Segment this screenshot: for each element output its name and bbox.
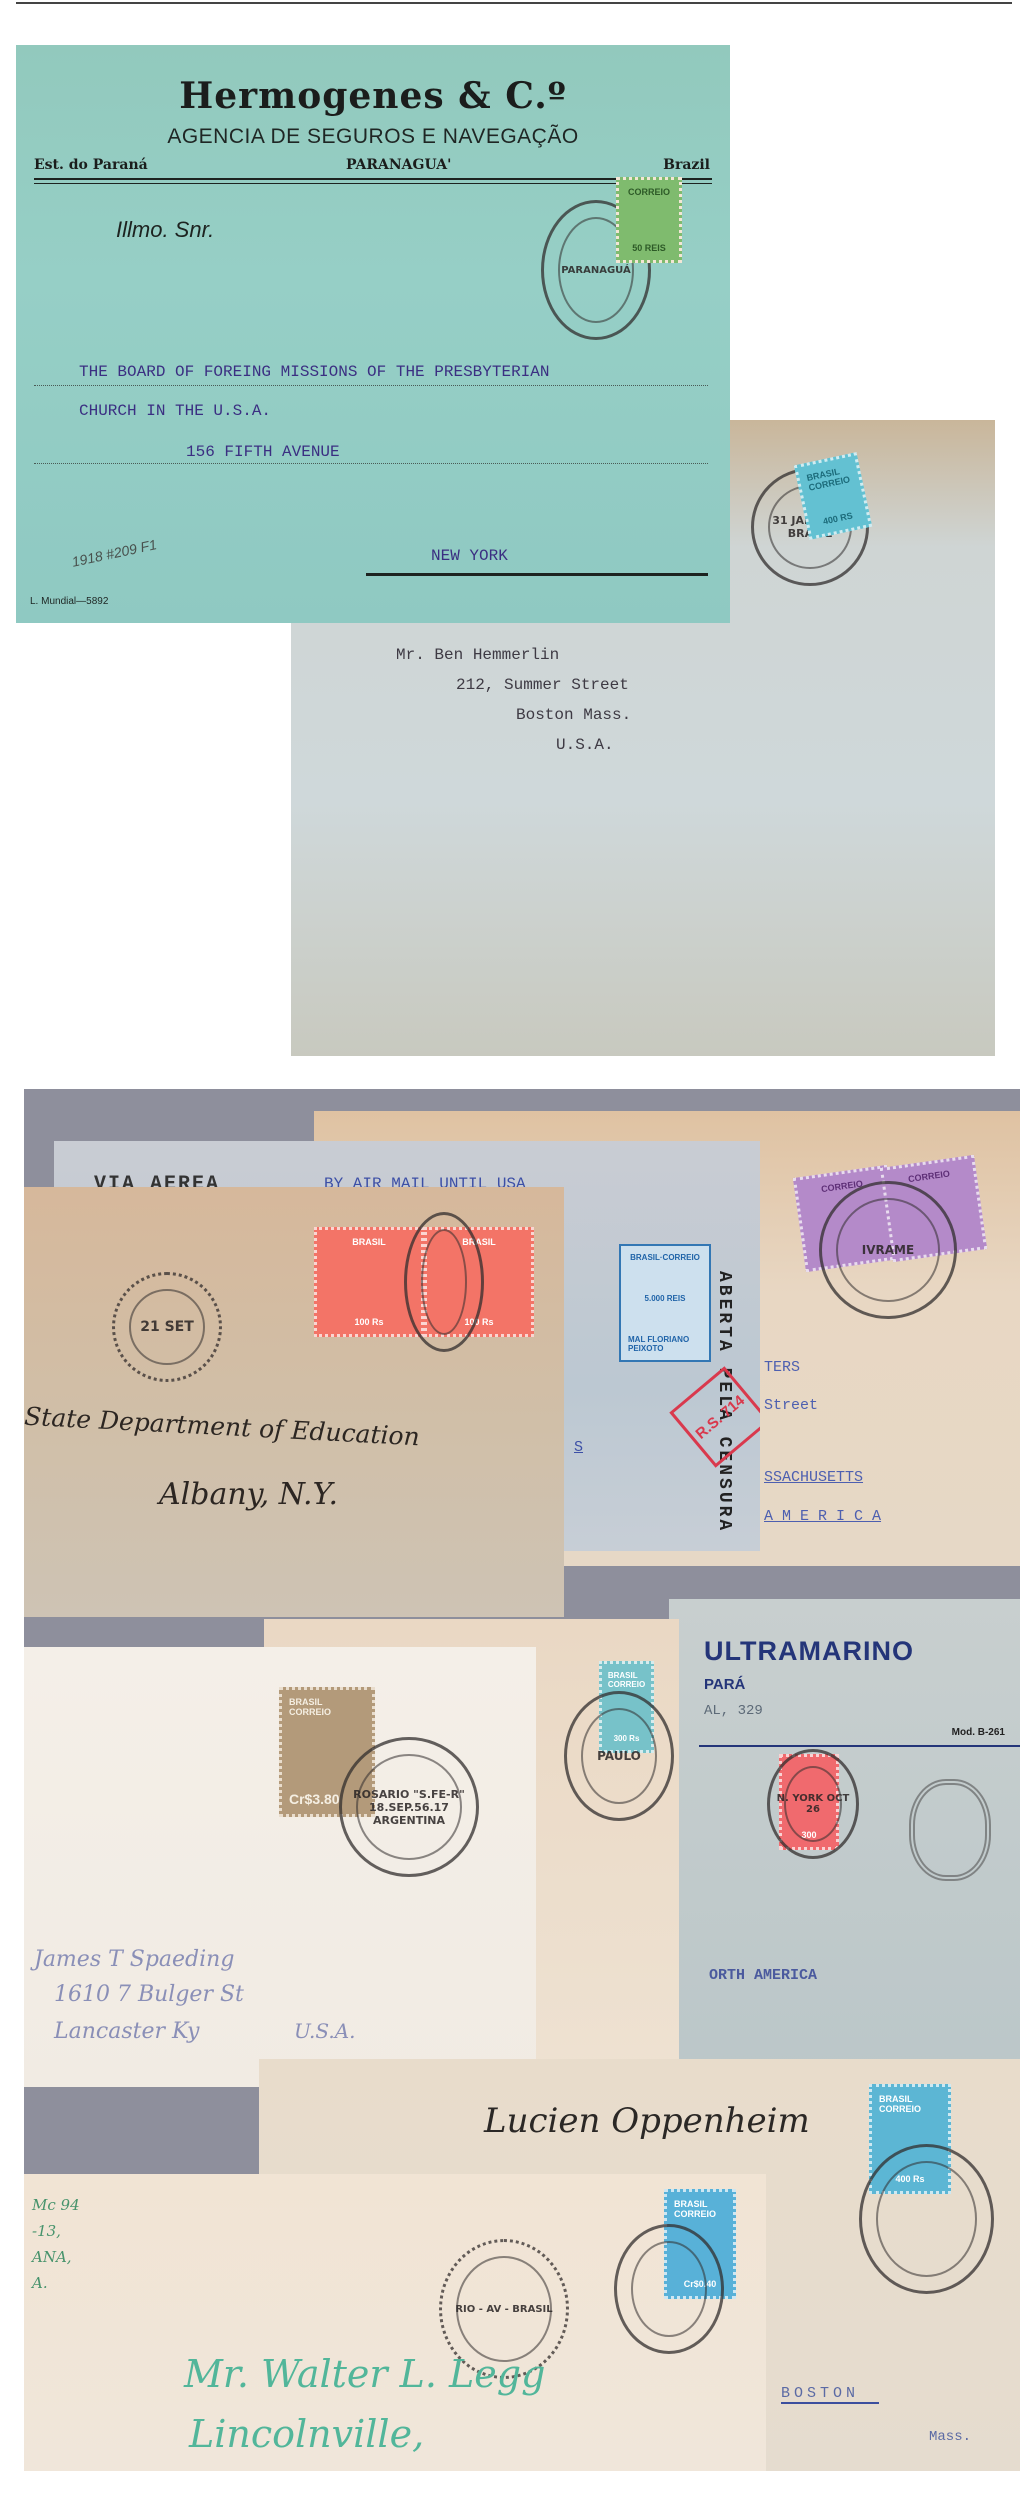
envelope-pile-photo: CORREIO CORREIO IVRAME TERS Street SSACH… [24, 1089, 1020, 2471]
postmark: N. YORK OCT 26 [767, 1749, 859, 1859]
return-line-1: Mc 94 [32, 2192, 80, 2218]
return-line-4: A. [32, 2270, 80, 2296]
address-line-4: U.S.A. [294, 2019, 356, 2043]
postmark-text: RIO - AV - BRASIL [455, 2304, 552, 2315]
postmark-line-1: ROSARIO "S.FE-R" [353, 1788, 465, 1801]
stamp-label: BRASIL CORREIO [879, 2094, 941, 2114]
address-line-1: James T Spaeding [34, 1947, 234, 1972]
postmark [614, 2224, 724, 2354]
destination-rule [366, 573, 708, 576]
envelope-ultramarino: ULTRAMARINO PARÁ AL, 329 Mod. B-261 300 … [669, 1599, 1020, 2111]
salutation: Illmo. Snr. [116, 217, 214, 243]
address-line-1: Mr. Walter L. Legg [184, 2352, 545, 2396]
return-line-2: -13, [32, 2218, 80, 2244]
address-line-1: ORTH AMERICA [709, 1967, 817, 1984]
header-rule [699, 1745, 1020, 1747]
postmark-text: PARANAGUÁ [561, 265, 630, 276]
postmark-line-3: ARGENTINA [373, 1814, 445, 1827]
address-line-1: Mr. Ben Hemmerlin [396, 646, 559, 664]
stamp: BRASIL·CORREIO 5.000 REIS MAL FLORIANO P… [619, 1244, 711, 1362]
stamp-label: CORREIO [907, 1168, 950, 1184]
address-line-2: Street [764, 1397, 818, 1414]
censor-box: R.S. 714 [669, 1366, 760, 1467]
stamp-value: 50 REIS [632, 243, 666, 253]
top-border [16, 2, 1012, 4]
header-rule-thin [34, 183, 712, 184]
stamp-label: BRASIL CORREIO [806, 464, 853, 493]
address-line-2: Mass. [929, 2429, 971, 2445]
postmark-line-2: 18.SEP.56.17 [369, 1801, 449, 1814]
stamp-value: Cr$3.80 [289, 1791, 340, 1807]
address-line-3: 156 FIFTH AVENUE [186, 443, 340, 461]
destination: NEW YORK [431, 547, 508, 565]
address-line-2: 212, Summer Street [456, 676, 629, 694]
stamp-label: BRASIL CORREIO [608, 1671, 645, 1689]
address-line-3: Lancaster Ky [54, 2019, 199, 2044]
address-line-1: THE BOARD OF FOREING MISSIONS OF THE PRE… [79, 363, 549, 381]
address-line-3: SSACHUSETTS [764, 1469, 863, 1486]
header-rule [34, 178, 712, 180]
stamp-label: BRASIL CORREIO [674, 2199, 726, 2219]
company-name: Hermogenes & C.º [16, 75, 730, 117]
postmark-text: N. YORK OCT 26 [770, 1793, 856, 1815]
stamp-caption: MAL FLORIANO PEIXOTO [628, 1335, 702, 1353]
postmark [404, 1212, 484, 1352]
state-label: Est. do Paraná [34, 157, 148, 173]
address-line-1: TERS [764, 1359, 800, 1376]
address-line-1: State Department of Education [24, 1402, 420, 1452]
postmark-text: PAULO [597, 1749, 641, 1763]
stamp-value: 5.000 REIS [645, 1294, 686, 1303]
envelope-rosario: BRASIL CORREIO Cr$3.80 ROSARIO "S.FE-R" … [24, 1647, 536, 2087]
city-label: PARANAGUA' [346, 157, 451, 173]
postmark: 21 SET [112, 1272, 222, 1382]
censor-box-text: R.S. 714 [692, 1392, 748, 1443]
postmark: PAULO [564, 1691, 674, 1821]
form-code: Mod. B-261 [952, 1727, 1005, 1738]
pencil-note: 1918 #209 F1 [70, 536, 158, 570]
company-line-2: PARÁ [704, 1676, 745, 1693]
printer-mark: L. Mundial—5892 [30, 596, 108, 607]
sender-name: Lucien Oppenheim [484, 2101, 810, 2141]
stamp-label: BRASIL CORREIO [289, 1697, 365, 1717]
stamp: CORREIO 50 REIS [616, 177, 682, 263]
envelope-hermogenes: Hermogenes & C.º AGENCIA DE SEGUROS E NA… [16, 45, 730, 623]
envelope-legg: Mc 94 -13, ANA, A. BRASIL CORREIO Cr$0.4… [24, 2174, 766, 2471]
postmark: ROSARIO "S.FE-R" 18.SEP.56.17 ARGENTINA [339, 1737, 479, 1877]
postmark-text: 21 SET [140, 1319, 194, 1335]
address-line-2: Lincolnville, [189, 2412, 424, 2456]
address-line-2: 1610 7 Bulger St [54, 1982, 244, 2007]
postmark-text: IVRAME [862, 1243, 914, 1257]
return-address: Mc 94 -13, ANA, A. [32, 2192, 80, 2296]
company-subtitle: AGENCIA DE SEGUROS E NAVEGAÇÃO [16, 125, 730, 149]
address-line-2: Albany, N.Y. [159, 1477, 338, 1512]
company-line-3: AL, 329 [704, 1703, 763, 1719]
address-line-2: CHURCH IN THE U.S.A. [79, 402, 271, 420]
partial-text: S [574, 1439, 583, 1456]
address-line-4: A M E R I C A [764, 1508, 881, 1525]
company-name: ULTRAMARINO [704, 1636, 914, 1667]
stamp-value: 100 Rs [354, 1317, 383, 1327]
stamp-value: 400 RS [822, 510, 853, 526]
dotted-rule [34, 385, 708, 386]
cancellation-mark [909, 1779, 991, 1881]
stamp-label: BRASIL·CORREIO [630, 1253, 700, 1262]
country-label: Brazil [663, 157, 710, 173]
address-line-3: Boston Mass. [516, 706, 631, 724]
envelope-state-department: 21 SET BRASIL 100 Rs BRASIL 100 Rs State… [24, 1187, 564, 1617]
postmark [859, 2144, 994, 2294]
postmark: IVRAME [819, 1181, 957, 1319]
address-line-4: U.S.A. [556, 736, 614, 754]
address-line-1: BOSTON [781, 2385, 879, 2404]
stamp-label: BRASIL [352, 1237, 386, 1247]
stamp-top: CORREIO [628, 187, 670, 197]
return-line-3: ANA, [32, 2244, 80, 2270]
dotted-rule [34, 463, 708, 464]
